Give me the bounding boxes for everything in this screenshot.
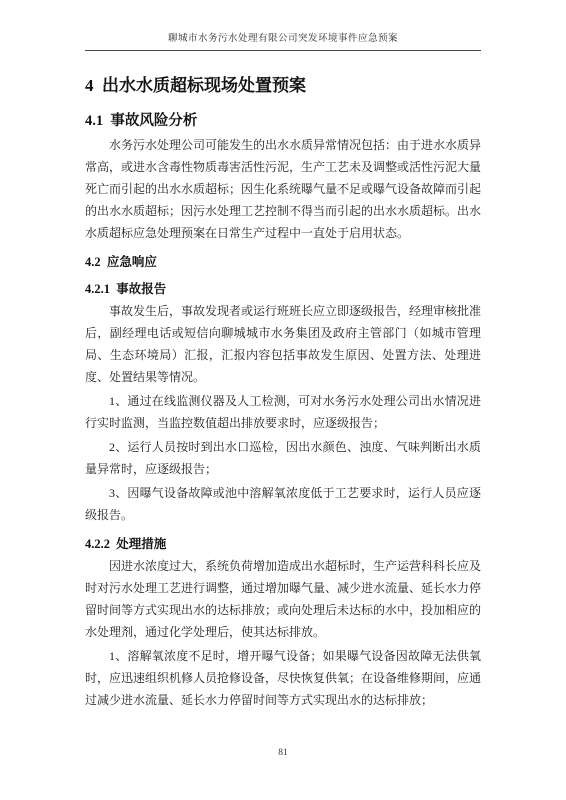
page-footer: 81 [0,742,566,760]
paragraph-report-item-3: 3、因曝气设备故障或池中溶解氧浓度低于工艺要求时，运行人员应逐级报告。 [85,482,481,526]
header-title: 聊城市水务污水处理有限公司突发环境事件应急预案 [85,33,481,46]
document-content: 4 出水水质超标现场处置预案 4.1 事故风险分析 水务污水处理公司可能发生的出… [85,58,481,711]
paragraph-report-item-1: 1、通过在线监测仪器及人工检测，可对水务污水处理公司出水情况进行实时监测，当监控… [85,390,481,434]
paragraph-risk-analysis: 水务污水处理公司可能发生的出水水质异常情况包括：由于进水水质异常高，或进水含毒性… [85,134,481,244]
page-number: 81 [278,748,288,758]
heading-section-4-2-2: 4.2.2 处理措施 [85,535,481,553]
heading-section-4-1: 4.1 事故风险分析 [85,111,481,132]
heading-section-4-2-1: 4.2.1 事故报告 [85,280,481,298]
document-page: 聊城市水务污水处理有限公司突发环境事件应急预案 4 出水水质超标现场处置预案 4… [0,0,566,800]
heading-chapter-4: 4 出水水质超标现场处置预案 [85,74,481,98]
page-header: 聊城市水务污水处理有限公司突发环境事件应急预案 [85,33,481,51]
paragraph-treatment-measures: 因进水浓度过大，系统负荷增加造成出水超标时，生产运营科科长应及时对污水处理工艺进… [85,555,481,643]
paragraph-accident-report: 事故发生后，事故发现者或运行班班长应立即逐级报告，经理审核批准后，副经理电话或短… [85,300,481,388]
header-divider-line [85,50,481,51]
paragraph-measures-item-1: 1、溶解氧浓度不足时，增开曝气设备；如果曝气设备因故障无法供氧时，应迅速组织机修… [85,645,481,711]
heading-section-4-2: 4.2 应急响应 [85,253,481,271]
paragraph-report-item-2: 2、运行人员按时到出水口巡检，因出水颜色、浊度、气味判断出水质量异常时，应逐级报… [85,436,481,480]
